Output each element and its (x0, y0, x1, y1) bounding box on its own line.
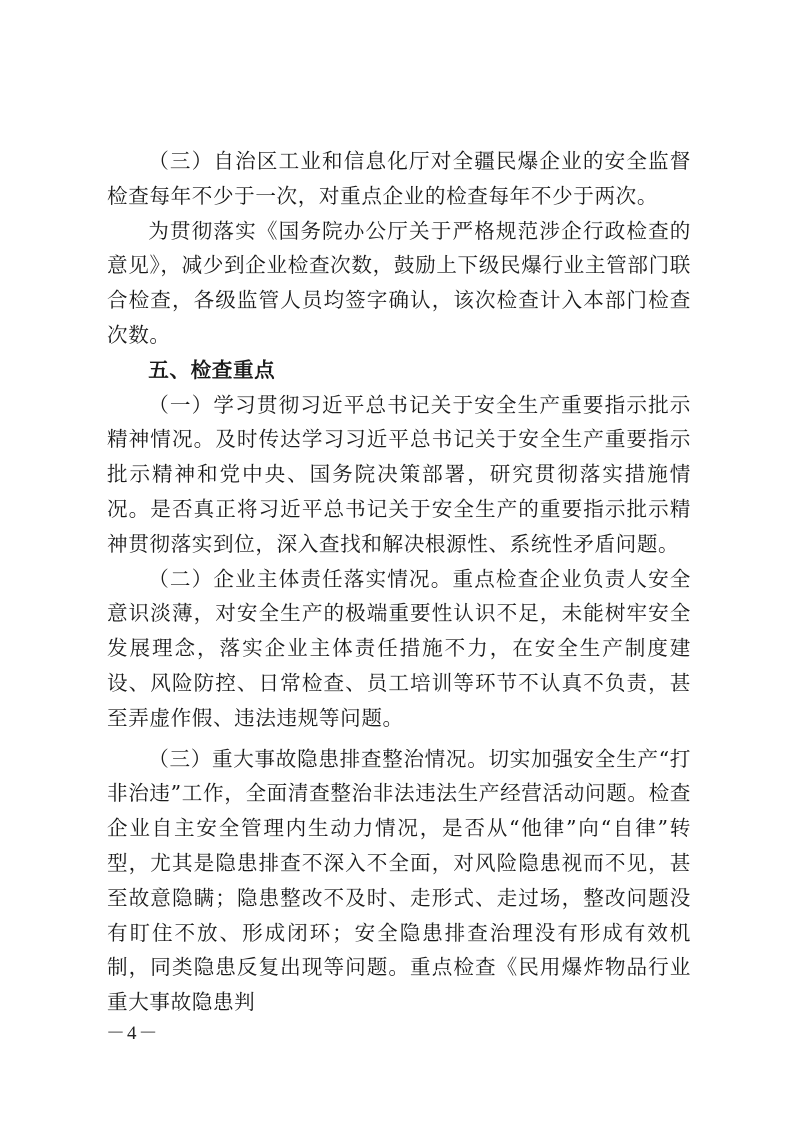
paragraph-lead: （三）重大事故隐患排查整治情况。 (148, 747, 488, 771)
paragraph-text: 重点检查企业负责人安全意识淡薄，对安全生产的极端重要性认识不足，未能树牢安全发展… (107, 567, 691, 730)
paragraph-text: 切实加强安全生产“打非治违”工作，全面清查整治非法违法生产经营活动问题。检查企业… (107, 747, 691, 1015)
section-heading-inspection-focus: 五、检查重点 (107, 353, 691, 388)
paragraph-inspection-frequency: （三）自治区工业和信息化厅对全疆民爆企业的安全监督检查每年不少于一次，对重点企业… (107, 144, 691, 214)
paragraph-focus-1: （一）学习贯彻习近平总书记关于安全生产重要指示批示精神情况。及时传达学习习近平总… (107, 388, 691, 562)
paragraph-lead: （三） (148, 149, 213, 173)
document-body: （三）自治区工业和信息化厅对全疆民爆企业的安全监督检查每年不少于一次，对重点企业… (107, 144, 691, 1014)
page-number: －4－ (106, 1018, 160, 1045)
document-page: （三）自治区工业和信息化厅对全疆民爆企业的安全监督检查每年不少于一次，对重点企业… (0, 0, 793, 1122)
paragraph-joint-inspection: 为贯彻落实《国务院办公厅关于严格规范涉企行政检查的意见》，减少到企业检查次数，鼓… (107, 214, 691, 353)
paragraph-focus-2: （二）企业主体责任落实情况。重点检查企业负责人安全意识淡薄，对安全生产的极端重要… (107, 562, 691, 736)
paragraph-lead: （二）企业主体责任落实情况。 (148, 567, 452, 591)
paragraph-text: 为贯彻落实《国务院办公厅关于严格规范涉企行政检查的意见》，减少到企业检查次数，鼓… (107, 219, 691, 347)
paragraph-focus-3: （三）重大事故隐患排查整治情况。切实加强安全生产“打非治违”工作，全面清查整治非… (107, 742, 691, 1020)
